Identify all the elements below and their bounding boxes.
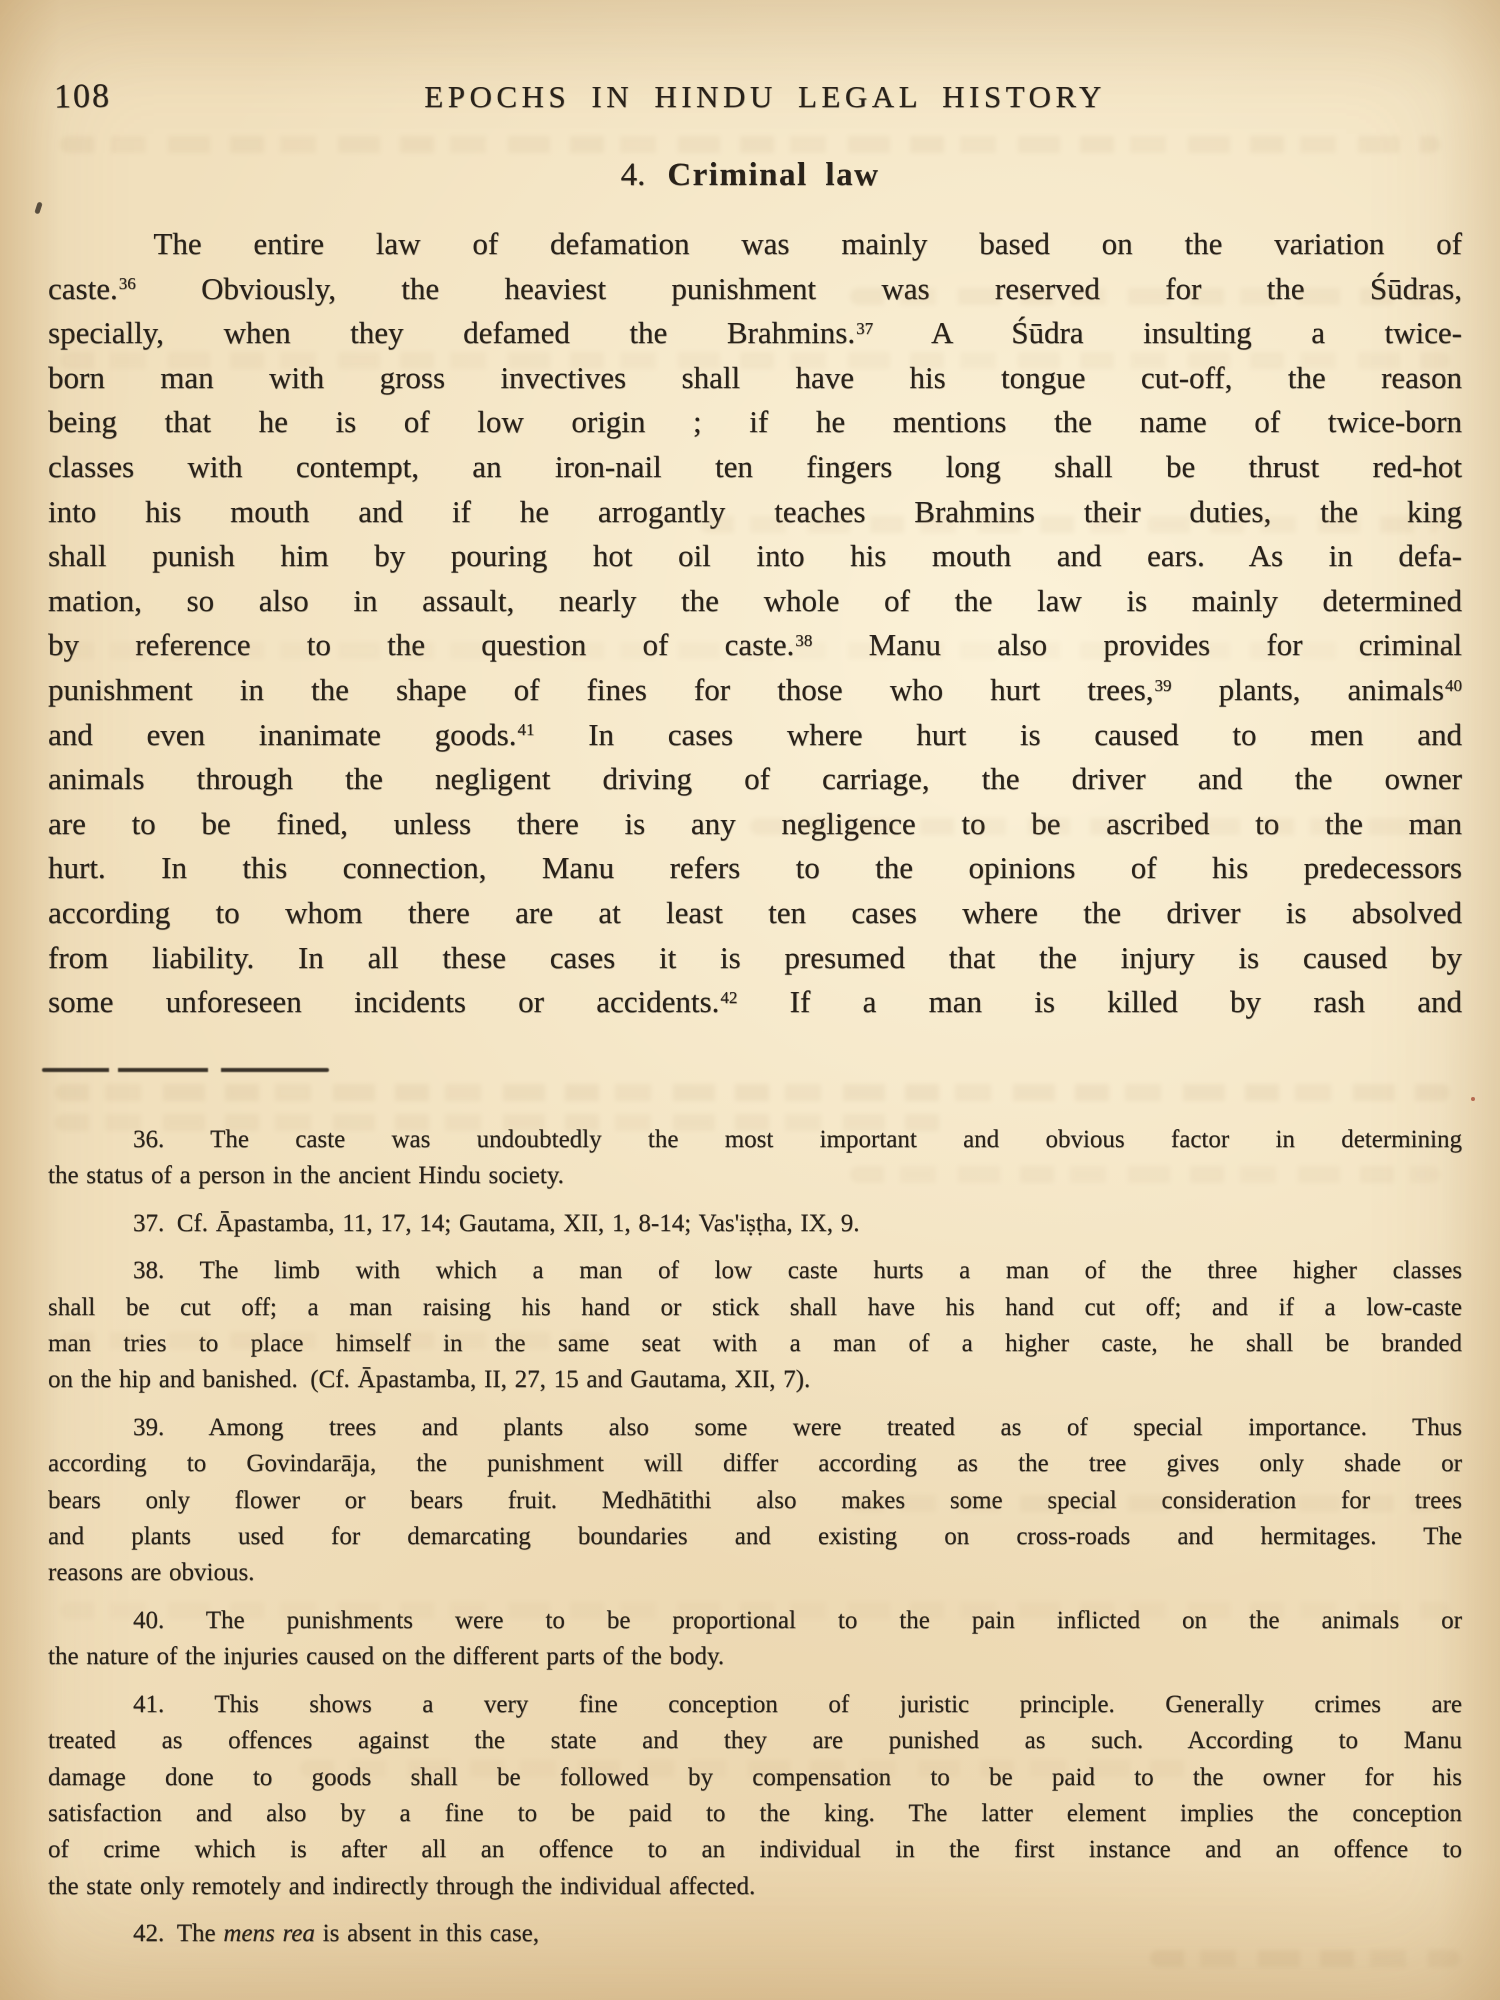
- text-run: into his mouth and if he arrogantly teac…: [48, 494, 1462, 529]
- italic-term: mens rea: [223, 1920, 315, 1947]
- text-run: the status of a person in the ancient Hi…: [48, 1162, 564, 1189]
- text-run: satisfaction and also by a fine to be pa…: [48, 1800, 1462, 1827]
- footnote-39: 39. Among trees and plants also some wer…: [48, 1410, 1462, 1592]
- footnote-line: on the hip and banished. (Cf. Āpastamba,…: [48, 1362, 1462, 1398]
- text-run: If a man is killed by rash and: [737, 984, 1462, 1019]
- text-run: 38. The limb with which a man of low cas…: [133, 1257, 1462, 1284]
- footnote-line: reasons are obvious.: [48, 1555, 1462, 1591]
- text-run: 40. The punishments were to be proportio…: [133, 1607, 1462, 1634]
- footnote-line: and plants used for demarcating boundari…: [48, 1519, 1462, 1555]
- text-run: Obviously, the heaviest punishment was r…: [136, 271, 1462, 306]
- text-run: shall punish him by pouring hot oil into…: [48, 538, 1462, 573]
- body-paragraph: The entire law of defamation was mainly …: [48, 222, 1462, 1025]
- text-run: A Śūdra insulting a twice-: [873, 315, 1462, 350]
- footnote-40: 40. The punishments were to be proportio…: [48, 1603, 1462, 1676]
- ink-speck: [34, 202, 42, 215]
- footnote-line: damage done to goods shall be followed b…: [48, 1760, 1462, 1796]
- text-run: Manu also provides for criminal: [812, 627, 1462, 662]
- footnote-ref: 39: [1155, 676, 1172, 695]
- footnote-ref: 38: [795, 631, 812, 650]
- footnote-separator: [42, 1068, 329, 1072]
- text-run: shall be cut off; a man raising his hand…: [48, 1294, 1462, 1321]
- text-run: 42. The: [133, 1920, 223, 1947]
- text-run: and plants used for demarcating boundari…: [48, 1523, 1462, 1550]
- body-line: animals through the negligent driving of…: [48, 757, 1462, 802]
- text-run: specially, when they defamed the Brahmin…: [48, 315, 855, 350]
- footnote-line: 38. The limb with which a man of low cas…: [48, 1253, 1462, 1289]
- section-heading: 4.Criminal law: [0, 157, 1500, 194]
- footnote-37: 37. Cf. Āpastamba, 11, 17, 14; Gautama, …: [48, 1206, 1462, 1242]
- text-run: The entire law of defamation was mainly …: [153, 226, 1462, 261]
- text-run: are to be fined, unless there is any neg…: [48, 806, 1462, 841]
- text-run: and even inanimate goods.: [48, 717, 516, 752]
- footnote-line: 40. The punishments were to be proportio…: [48, 1603, 1462, 1639]
- section-number: 4.: [621, 157, 646, 193]
- bleed-through-artifact: [55, 1084, 1450, 1101]
- footnote-line: 41. This shows a very fine conception of…: [48, 1687, 1462, 1723]
- text-run: man tries to place himself in the same s…: [48, 1330, 1462, 1357]
- text-run: classes with contempt, an iron-nail ten …: [48, 449, 1462, 484]
- text-run: damage done to goods shall be followed b…: [48, 1764, 1462, 1791]
- text-run: treated as offences against the state an…: [48, 1727, 1462, 1754]
- text-run: according to whom there are at least ten…: [48, 895, 1462, 930]
- text-run: punishment in the shape of fines for tho…: [48, 672, 1154, 707]
- footnote-line: the status of a person in the ancient Hi…: [48, 1158, 1462, 1194]
- text-run: born man with gross invectives shall hav…: [48, 360, 1462, 395]
- body-line: mation, so also in assault, nearly the w…: [48, 579, 1462, 624]
- body-line: according to whom there are at least ten…: [48, 891, 1462, 936]
- footnote-line: 42. The mens rea is absent in this case,: [48, 1916, 1462, 1952]
- footnote-line: according to Govindarāja, the punishment…: [48, 1446, 1462, 1482]
- body-line: born man with gross invectives shall hav…: [48, 356, 1462, 401]
- text-run: 37. Cf. Āpastamba, 11, 17, 14; Gautama, …: [133, 1210, 859, 1237]
- text-run: the nature of the injuries caused on the…: [48, 1643, 724, 1670]
- text-run: the state only remotely and indirectly t…: [48, 1873, 755, 1900]
- footnote-line: the state only remotely and indirectly t…: [48, 1869, 1462, 1905]
- footnote-line: 36. The caste was undoubtedly the most i…: [48, 1122, 1462, 1158]
- text-run: from liability. In all these cases it is…: [48, 940, 1462, 975]
- text-run: by reference to the question of caste.: [48, 627, 794, 662]
- text-run: 41. This shows a very fine conception of…: [133, 1691, 1462, 1718]
- body-line: shall punish him by pouring hot oil into…: [48, 534, 1462, 579]
- footnote-41: 41. This shows a very fine conception of…: [48, 1687, 1462, 1905]
- footnote-42: 42. The mens rea is absent in this case,: [48, 1916, 1462, 1952]
- scanned-book-page: 108 EPOCHS IN HINDU LEGAL HISTORY 4.Crim…: [0, 0, 1500, 2000]
- footnote-line: man tries to place himself in the same s…: [48, 1326, 1462, 1362]
- text-run: according to Govindarāja, the punishment…: [48, 1450, 1462, 1477]
- text-run: 36. The caste was undoubtedly the most i…: [133, 1126, 1462, 1153]
- body-line: and even inanimate goods.41 In cases whe…: [48, 713, 1462, 758]
- footnote-line: 39. Among trees and plants also some wer…: [48, 1410, 1462, 1446]
- running-title: EPOCHS IN HINDU LEGAL HISTORY: [15, 79, 1500, 115]
- body-line: some unforeseen incidents or accidents.4…: [48, 980, 1462, 1025]
- body-line: hurt. In this connection, Manu refers to…: [48, 846, 1462, 891]
- text-run: some unforeseen incidents or accidents.: [48, 984, 719, 1019]
- body-line: punishment in the shape of fines for tho…: [48, 668, 1462, 713]
- body-line: classes with contempt, an iron-nail ten …: [48, 445, 1462, 490]
- text-run: hurt. In this connection, Manu refers to…: [48, 850, 1462, 885]
- footnote-ref: 41: [517, 720, 534, 739]
- footnote-38: 38. The limb with which a man of low cas…: [48, 1253, 1462, 1399]
- text-run: being that he is of low origin ; if he m…: [48, 404, 1462, 439]
- footnote-36: 36. The caste was undoubtedly the most i…: [48, 1122, 1462, 1195]
- body-line: being that he is of low origin ; if he m…: [48, 400, 1462, 445]
- footnote-ref: 40: [1445, 676, 1462, 695]
- section-title: Criminal law: [667, 157, 879, 193]
- body-line: by reference to the question of caste.38…: [48, 623, 1462, 668]
- footnote-line: satisfaction and also by a fine to be pa…: [48, 1796, 1462, 1832]
- body-line: caste.36 Obviously, the heaviest punishm…: [48, 267, 1462, 312]
- footnote-line: treated as offences against the state an…: [48, 1723, 1462, 1759]
- bleed-through-artifact: [60, 136, 1440, 153]
- text-run: plants, animals: [1172, 672, 1444, 707]
- footnote-ref: 42: [720, 988, 737, 1007]
- body-line: are to be fined, unless there is any neg…: [48, 802, 1462, 847]
- footnote-line: shall be cut off; a man raising his hand…: [48, 1290, 1462, 1326]
- footnote-line: the nature of the injuries caused on the…: [48, 1639, 1462, 1675]
- body-line: specially, when they defamed the Brahmin…: [48, 311, 1462, 356]
- footnote-line: 37. Cf. Āpastamba, 11, 17, 14; Gautama, …: [48, 1206, 1462, 1242]
- body-line: into his mouth and if he arrogantly teac…: [48, 490, 1462, 535]
- body-line: The entire law of defamation was mainly …: [48, 222, 1462, 267]
- text-run: animals through the negligent driving of…: [48, 761, 1462, 796]
- text-run: of crime which is after all an offence t…: [48, 1836, 1462, 1863]
- text-run: on the hip and banished. (Cf. Āpastamba,…: [48, 1366, 810, 1393]
- ink-speck: [1471, 1097, 1475, 1101]
- footnotes-block: 36. The caste was undoubtedly the most i…: [48, 1122, 1462, 1964]
- footnote-ref: 36: [119, 274, 136, 293]
- footnote-ref: 37: [856, 319, 873, 338]
- text-run: reasons are obvious.: [48, 1559, 254, 1586]
- text-run: caste.: [48, 271, 118, 306]
- footnote-line: of crime which is after all an offence t…: [48, 1832, 1462, 1868]
- text-run: bears only flower or bears fruit. Medhāt…: [48, 1487, 1462, 1514]
- text-run: 39. Among trees and plants also some wer…: [133, 1414, 1462, 1441]
- text-run: mation, so also in assault, nearly the w…: [48, 583, 1462, 618]
- footnote-line: bears only flower or bears fruit. Medhāt…: [48, 1483, 1462, 1519]
- page-header: 108 EPOCHS IN HINDU LEGAL HISTORY: [0, 78, 1500, 122]
- text-run: is absent in this case,: [315, 1920, 539, 1947]
- text-run: In cases where hurt is caused to men and: [534, 717, 1462, 752]
- body-line: from liability. In all these cases it is…: [48, 936, 1462, 981]
